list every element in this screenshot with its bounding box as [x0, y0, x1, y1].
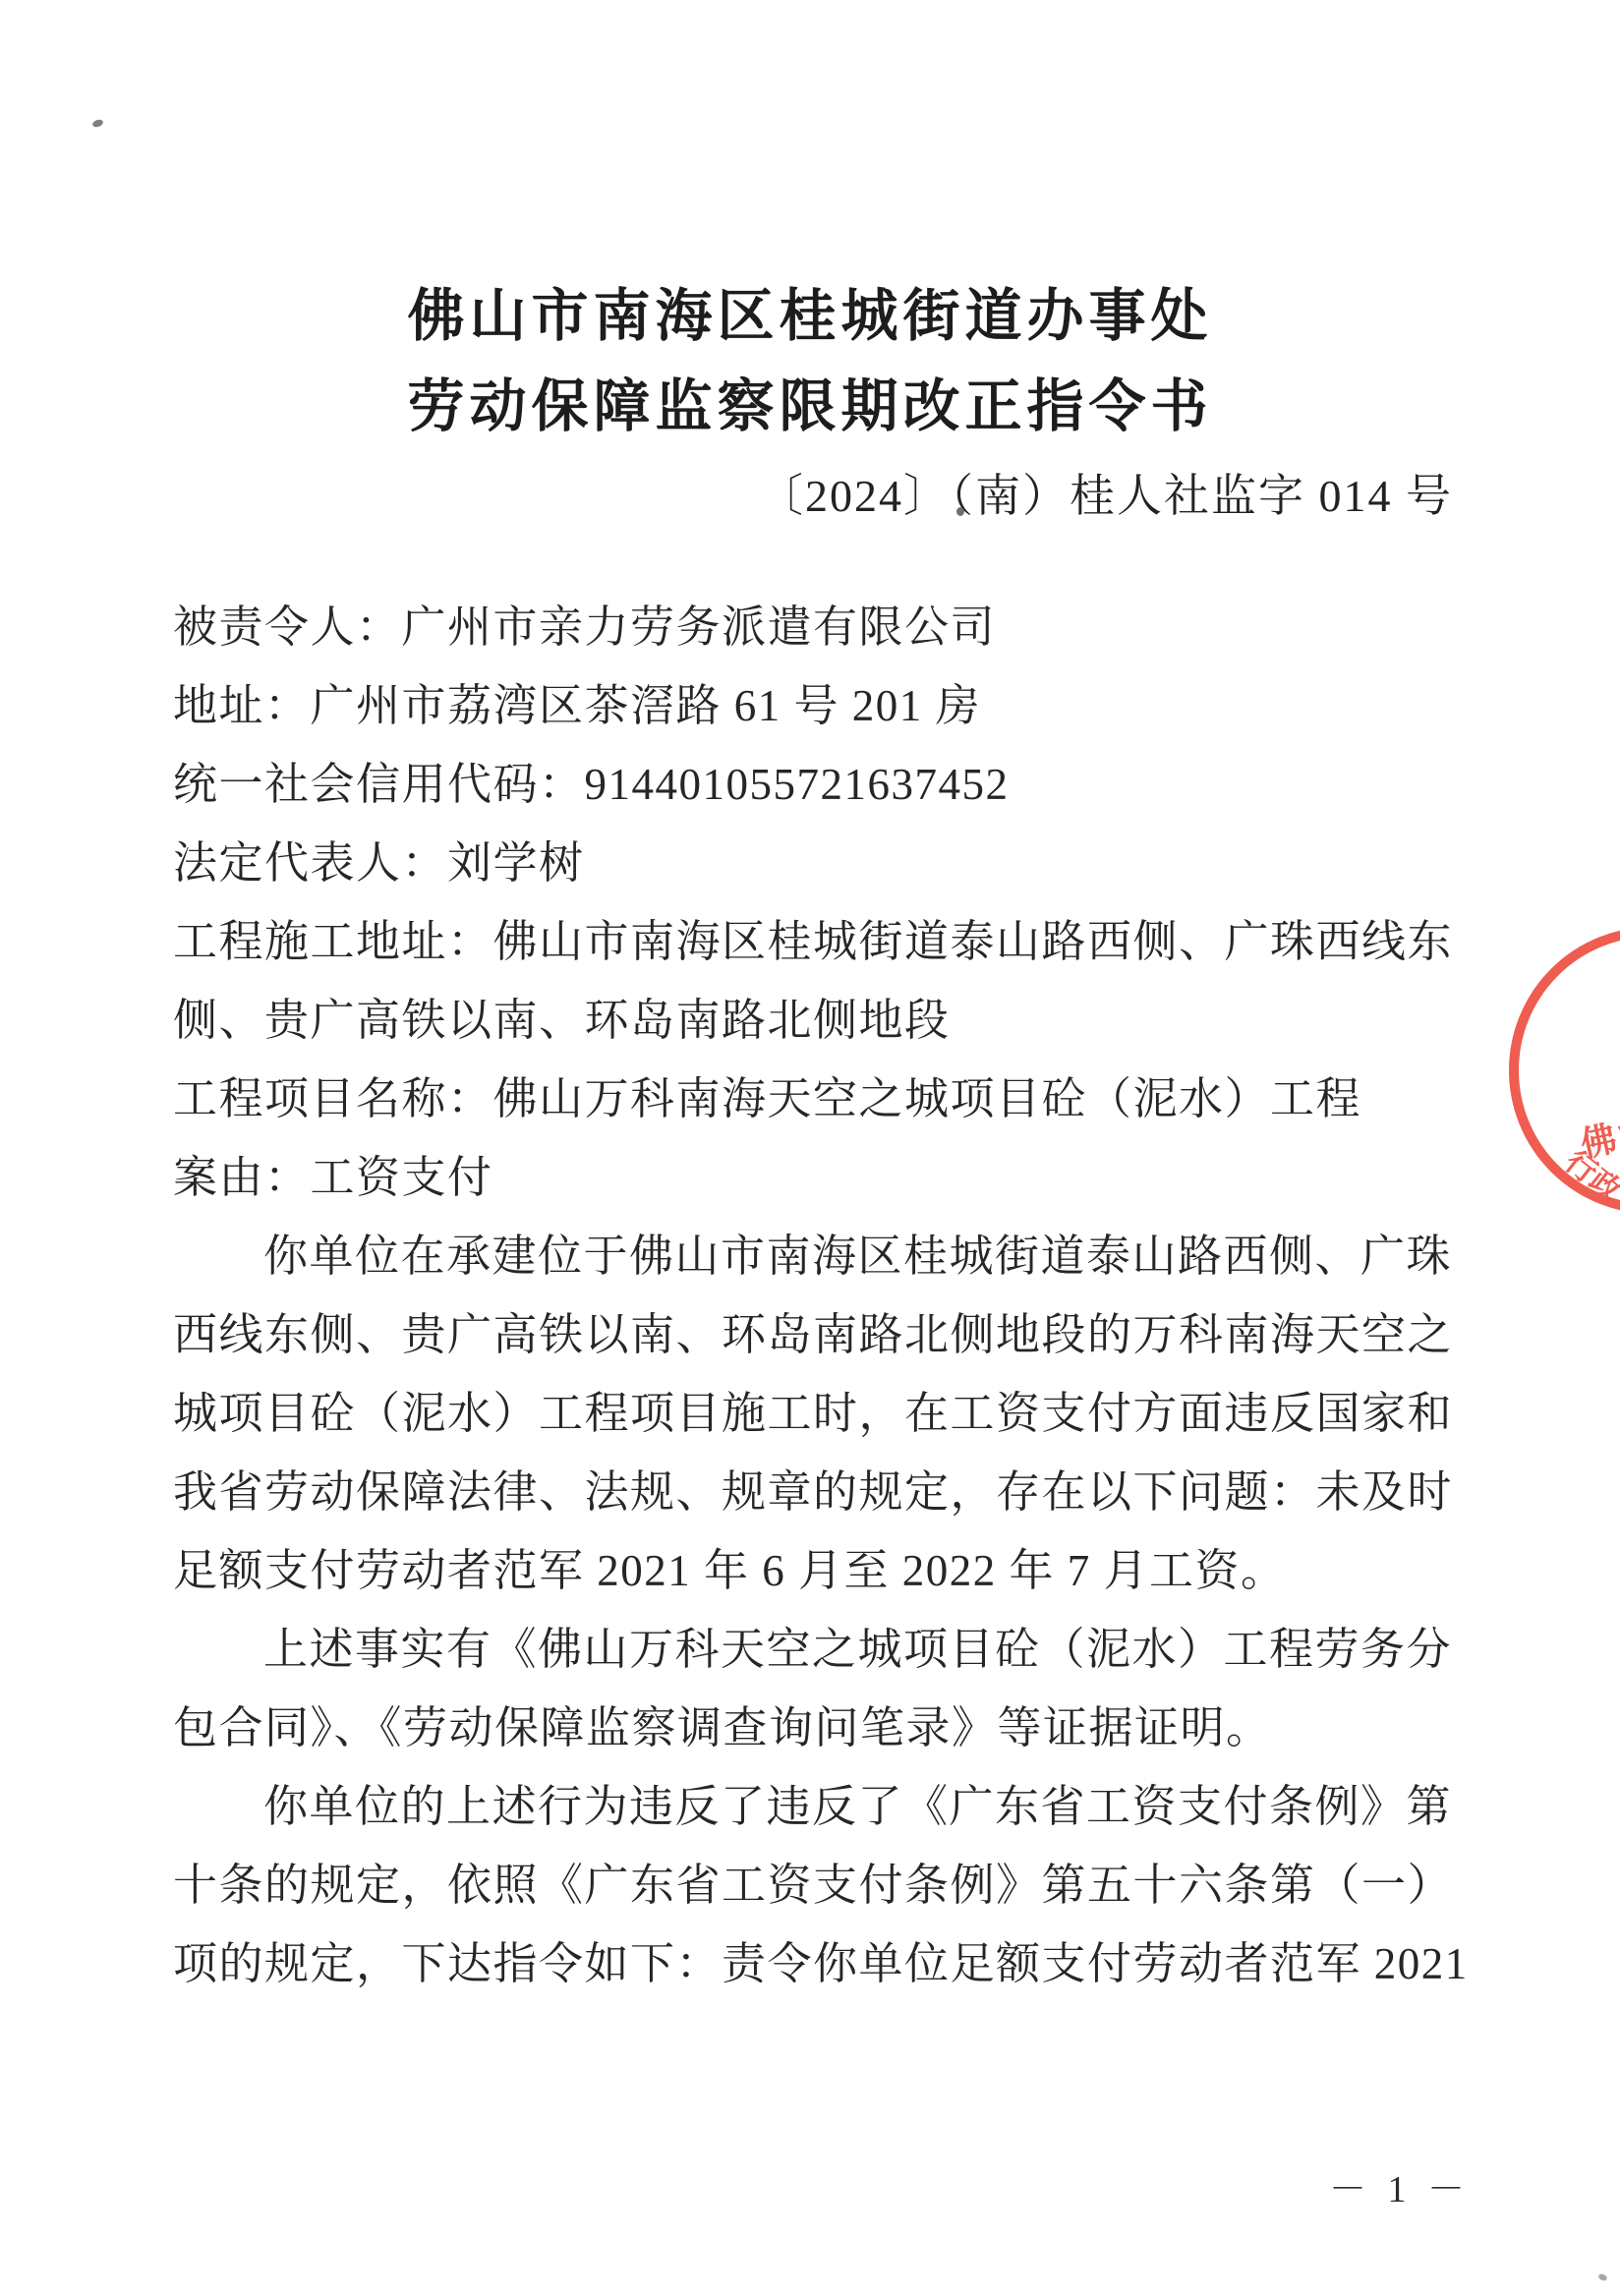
- scan-speck: [1597, 2272, 1608, 2281]
- body-line: 我省劳动保障法律、法规、规章的规定，存在以下问题：未及时: [173, 1453, 1471, 1531]
- document-page: 佛山市南海区桂城街道办事处 劳动保障监察限期改正指令书 〔2024〕（南）桂人社…: [0, 0, 1620, 2296]
- body-line: 法定代表人：刘学树: [173, 824, 1471, 902]
- document-number: 〔2024〕（南）桂人社监字 014 号: [758, 460, 1453, 525]
- body-line: 统一社会信用代码：914401055721637452: [173, 745, 1471, 824]
- body-line: 你单位在承建位于佛山市南海区桂城街道泰山路西侧、广珠: [173, 1217, 1471, 1295]
- body-line: 工程施工地址：佛山市南海区桂城街道泰山路西侧、广珠西线东: [173, 902, 1471, 981]
- seal-arc-text: 佛山市南海区: [1577, 955, 1620, 1165]
- title-line-2: 劳动保障监察限期改正指令书: [0, 362, 1620, 452]
- body-line: 工程项目名称：佛山万科南海天空之城项目砼（泥水）工程: [173, 1060, 1471, 1138]
- body-line: 包合同》、《劳动保障监察调查询问笔录》等证据证明。: [173, 1689, 1471, 1767]
- body-line: 你单位的上述行为违反了违反了《广东省工资支付条例》第: [173, 1767, 1471, 1846]
- body-line: 被责令人：广州市亲力劳务派遣有限公司: [173, 588, 1471, 666]
- body-line: 侧、贵广高铁以南、环岛南路北侧地段: [173, 981, 1471, 1060]
- official-red-seal: 佛山市南海区 行政: [1498, 922, 1620, 1221]
- document-title: 佛山市南海区桂城街道办事处 劳动保障监察限期改正指令书: [0, 271, 1620, 452]
- title-line-1: 佛山市南海区桂城街道办事处: [0, 271, 1620, 362]
- page-number: － 1 －: [1329, 2158, 1471, 2212]
- body-line: 案由：工资支付: [173, 1138, 1471, 1217]
- scan-speck: [91, 118, 104, 128]
- body-line: 地址：广州市荔湾区茶滘路 61 号 201 房: [173, 666, 1471, 745]
- body-line: 城项目砼（泥水）工程项目施工时，在工资支付方面违反国家和: [173, 1374, 1471, 1453]
- body-line: 上述事实有《佛山万科天空之城项目砼（泥水）工程劳务分: [173, 1610, 1471, 1689]
- body-line: 足额支付劳动者范军 2021 年 6 月至 2022 年 7 月工资。: [173, 1531, 1471, 1610]
- scan-speck: [956, 507, 964, 516]
- body-line: 十条的规定，依照《广东省工资支付条例》第五十六条第（一）: [173, 1846, 1471, 1924]
- document-body: 被责令人：广州市亲力劳务派遣有限公司地址：广州市荔湾区茶滘路 61 号 201 …: [173, 588, 1471, 2003]
- body-line: 项的规定，下达指令如下：责令你单位足额支付劳动者范军 2021: [173, 1924, 1471, 2003]
- body-line: 西线东侧、贵广高铁以南、环岛南路北侧地段的万科南海天空之: [173, 1295, 1471, 1374]
